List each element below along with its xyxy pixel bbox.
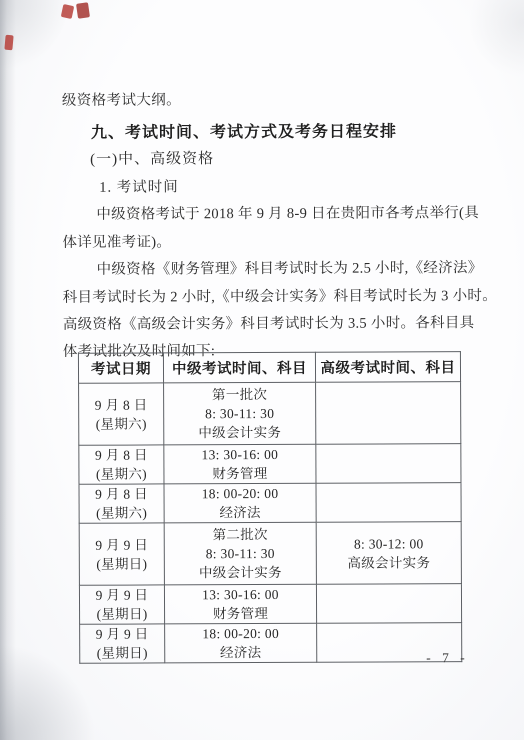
table-row: 9 月 8 日 (星期六) 18: 00-20: 00 经济法 xyxy=(79,483,461,524)
subsection-heading: (一)中、高级资格 xyxy=(90,147,214,169)
paragraph-line: 中级资格《财务管理》科目考试时长为 2.5 小时,《经济法》 xyxy=(97,256,483,279)
cell-mid-schedule: 18: 00-20: 00 经济法 xyxy=(165,623,317,663)
time-line: 13: 30-16: 00 xyxy=(164,445,315,465)
weekday-line: (星期日) xyxy=(80,604,164,623)
time-line: 8: 30-11: 30 xyxy=(164,404,315,424)
time-line: 18: 00-20: 00 xyxy=(165,624,316,644)
document-content: 级资格考试大纲。 九、考试时间、考试方式及考务日程安排 (一)中、高级资格 1.… xyxy=(0,0,524,740)
subject-line: 中级会计实务 xyxy=(164,423,315,443)
col-header-high-level: 高级考试时间、科目 xyxy=(315,352,460,383)
cell-mid-schedule: 18: 00-20: 00 经济法 xyxy=(164,483,316,523)
item-heading: 1. 考试时间 xyxy=(99,175,179,196)
time-line: 18: 00-20: 00 xyxy=(164,484,315,504)
time-line: 8: 30-11: 30 xyxy=(165,544,316,564)
time-line: 13: 30-16: 00 xyxy=(165,585,316,605)
cell-high-schedule xyxy=(316,483,461,523)
date-line: 9 月 9 日 xyxy=(80,585,164,604)
col-header-mid-level: 中级考试时间、科目 xyxy=(163,352,315,383)
weekday-line: (星期六) xyxy=(80,503,164,522)
scanned-document-page: 级资格考试大纲。 九、考试时间、考试方式及考务日程安排 (一)中、高级资格 1.… xyxy=(0,0,524,740)
cell-exam-date: 9 月 8 日 (星期六) xyxy=(79,484,164,523)
subject-line: 高级会计实务 xyxy=(317,553,461,573)
subject-line: 财务管理 xyxy=(165,604,316,624)
cell-exam-date: 9 月 8 日 (星期六) xyxy=(79,445,164,484)
intro-line: 级资格考试大纲。 xyxy=(62,88,181,110)
weekday-line: (星期日) xyxy=(80,643,164,662)
cell-high-schedule xyxy=(316,444,461,484)
cell-exam-date: 9 月 9 日 (星期日) xyxy=(79,523,164,585)
table-row: 9 月 8 日 (星期六) 第一批次 8: 30-11: 30 中级会计实务 xyxy=(79,382,461,446)
cell-exam-date: 9 月 9 日 (星期日) xyxy=(79,585,164,624)
subject-line: 中级会计实务 xyxy=(165,563,316,583)
cell-mid-schedule: 13: 30-16: 00 财务管理 xyxy=(164,584,316,624)
col-header-exam-date: 考试日期 xyxy=(78,353,163,383)
paragraph-line: 高级资格《高级会计实务》科目考试时长为 3.5 小时。各科目具 xyxy=(63,311,475,334)
table-header-row: 考试日期 中级考试时间、科目 高级考试时间、科目 xyxy=(78,352,460,384)
date-line: 9 月 9 日 xyxy=(80,535,164,554)
cell-exam-date: 9 月 9 日 (星期日) xyxy=(80,624,165,663)
batch-line: 第二批次 xyxy=(165,525,316,545)
cell-mid-schedule: 第二批次 8: 30-11: 30 中级会计实务 xyxy=(164,522,316,585)
weekday-line: (星期六) xyxy=(79,464,163,483)
cell-high-schedule: 8: 30-12: 00 高级会计实务 xyxy=(316,522,461,585)
exam-schedule-table: 考试日期 中级考试时间、科目 高级考试时间、科目 9 月 8 日 (星期六) 第… xyxy=(78,351,462,664)
paragraph-line: 科目考试时长为 2 小时,《中级会计实务》科目考试时长为 3 小时。 xyxy=(63,284,497,307)
time-line: 8: 30-12: 00 xyxy=(317,534,461,554)
date-line: 9 月 8 日 xyxy=(79,445,163,464)
date-line: 9 月 8 日 xyxy=(79,395,163,414)
date-line: 9 月 8 日 xyxy=(79,484,163,503)
weekday-line: (星期日) xyxy=(80,554,164,573)
table-row: 9 月 9 日 (星期日) 第二批次 8: 30-11: 30 中级会计实务 8… xyxy=(79,522,461,586)
table-row: 9 月 9 日 (星期日) 13: 30-16: 00 财务管理 xyxy=(79,584,461,625)
subject-line: 经济法 xyxy=(165,643,316,663)
cell-mid-schedule: 13: 30-16: 00 财务管理 xyxy=(164,444,316,484)
page-number: - 7 - xyxy=(426,650,469,666)
cell-mid-schedule: 第一批次 8: 30-11: 30 中级会计实务 xyxy=(164,382,316,445)
cell-high-schedule xyxy=(316,382,461,445)
table-row: 9 月 9 日 (星期日) 18: 00-20: 00 经济法 xyxy=(80,623,462,664)
batch-line: 第一批次 xyxy=(164,385,315,405)
date-line: 9 月 9 日 xyxy=(80,624,164,643)
section-heading: 九、考试时间、考试方式及考务日程安排 xyxy=(91,118,397,142)
table-row: 9 月 8 日 (星期六) 13: 30-16: 00 财务管理 xyxy=(79,444,461,485)
cell-high-schedule xyxy=(316,584,461,624)
paragraph-line: 体详见准考证)。 xyxy=(62,230,171,251)
paragraph-line: 中级资格考试于 2018 年 9 月 8-9 日在贵阳市各考点举行(具 xyxy=(96,201,479,224)
subject-line: 财务管理 xyxy=(164,464,315,484)
weekday-line: (星期六) xyxy=(79,414,163,433)
subject-line: 经济法 xyxy=(165,503,316,523)
cell-exam-date: 9 月 8 日 (星期六) xyxy=(79,383,164,445)
